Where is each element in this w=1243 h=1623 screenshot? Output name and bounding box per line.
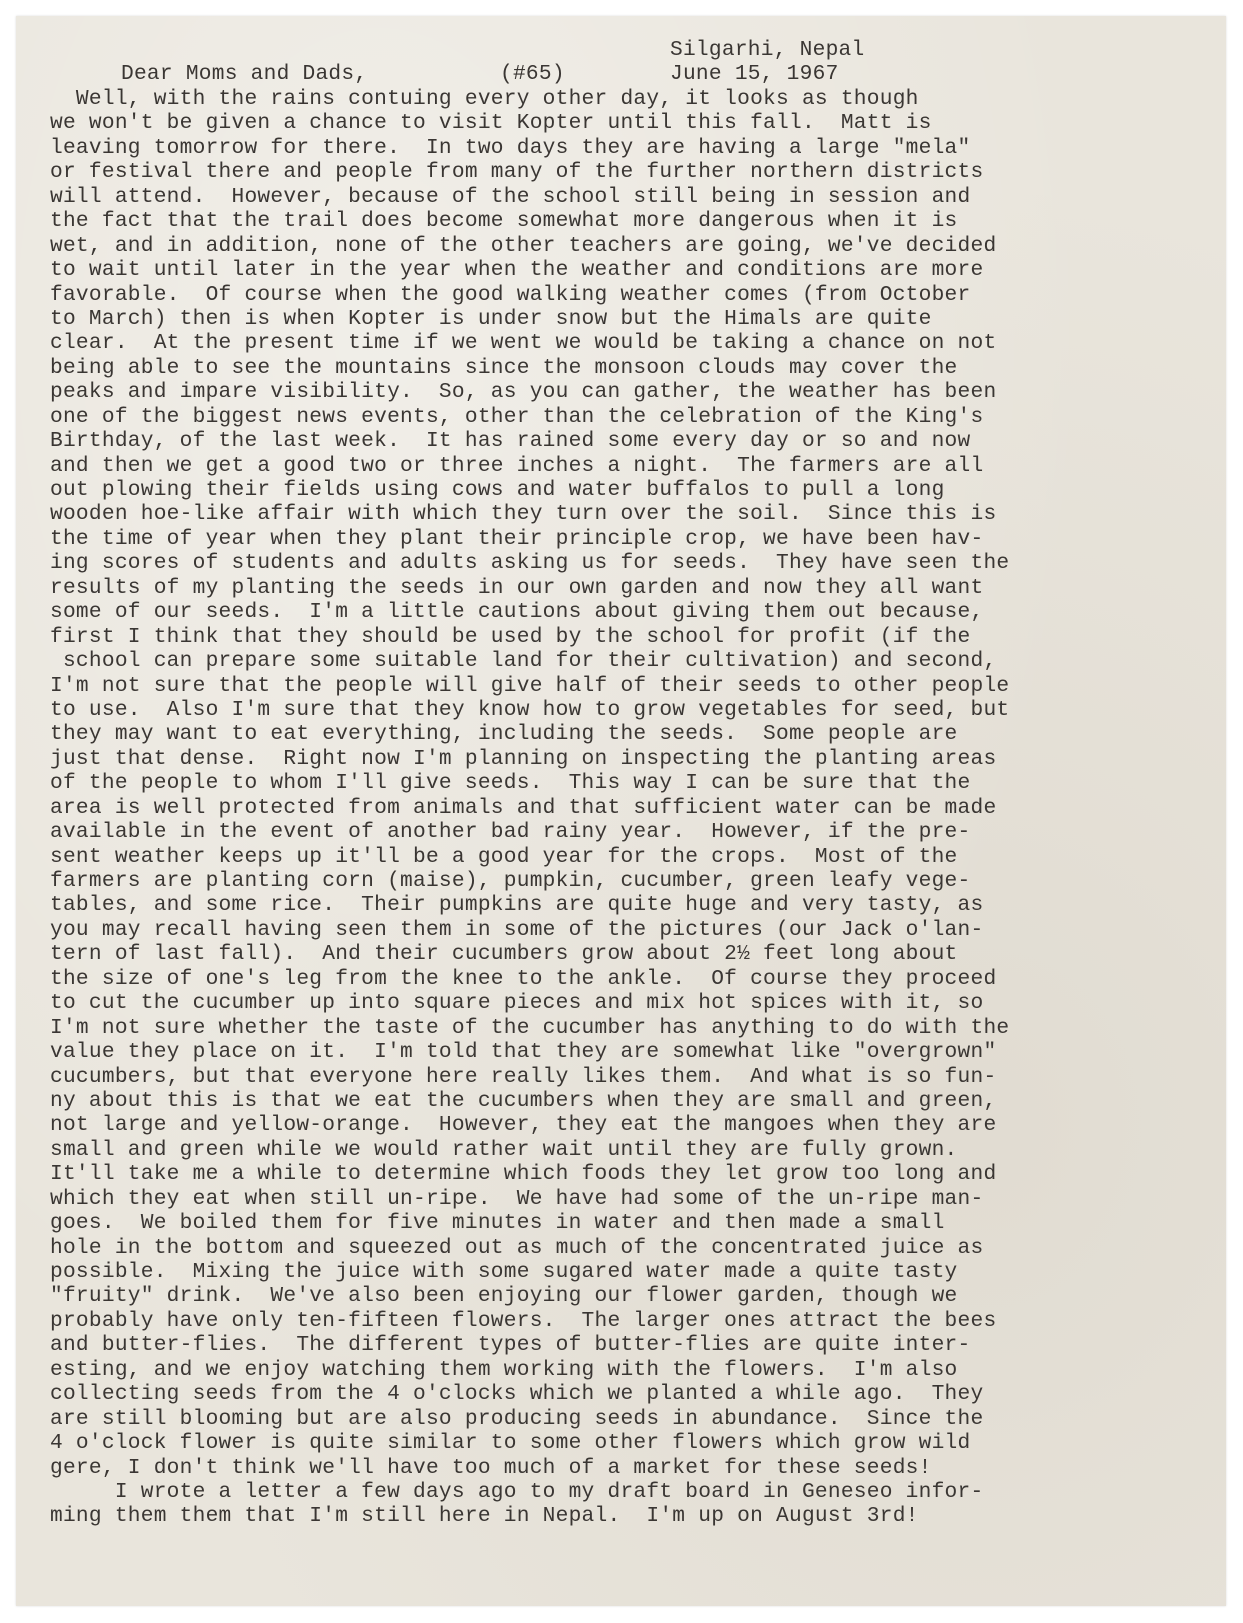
letter-line: cucumbers, but that everyone here really… <box>50 1065 1009 1089</box>
letter-line: to use. Also I'm sure that they know how… <box>50 698 1009 722</box>
letter-line: goes. We boiled them for five minutes in… <box>50 1211 1009 1235</box>
letter-line: esting, and we enjoy watching them worki… <box>50 1358 1009 1382</box>
letter-line: It'll take me a while to determine which… <box>50 1162 1009 1186</box>
letter-line: are still blooming but are also producin… <box>50 1407 1009 1431</box>
letter-line: being able to see the mountains since th… <box>50 356 1009 380</box>
letter-line: the time of year when they plant their p… <box>50 527 1009 551</box>
letter-line: Birthday, of the last week. It has raine… <box>50 429 1009 453</box>
letter-date: June 15, 1967 <box>670 62 839 86</box>
letter-line: clear. At the present time if we went we… <box>50 331 1009 355</box>
letter-line: wooden hoe-like affair with which they t… <box>50 502 1009 526</box>
letter-line: you may recall having seen them in some … <box>50 918 1009 942</box>
letter-line: gere, I don't think we'll have too much … <box>50 1456 1009 1480</box>
letter-line: tern of last fall). And their cucumbers … <box>50 942 1009 966</box>
letter-line: I'm not sure whether the taste of the cu… <box>50 1016 1009 1040</box>
letter-line: Well, with the rains contuing every othe… <box>50 87 1009 111</box>
letter-line: possible. Mixing the juice with some sug… <box>50 1260 1009 1284</box>
letter-line: which they eat when still un-ripe. We ha… <box>50 1187 1009 1211</box>
letter-line: I wrote a letter a few days ago to my dr… <box>50 1480 1009 1504</box>
letter-line: wet, and in addition, none of the other … <box>50 234 1009 258</box>
letter-line: to cut the cucumber up into square piece… <box>50 991 1009 1015</box>
letter-line: favorable. Of course when the good walki… <box>50 283 1009 307</box>
letter-line: probably have only ten-fifteen flowers. … <box>50 1309 1009 1333</box>
letter-number: (#65) <box>500 62 565 86</box>
letter-line: the fact that the trail does become some… <box>50 209 1009 233</box>
letter-line: 4 o'clock flower is quite similar to som… <box>50 1431 1009 1455</box>
letter-line: first I think that they should be used b… <box>50 625 1009 649</box>
letter-line: not large and yellow-orange. However, th… <box>50 1113 1009 1137</box>
letter-line: to March) then is when Kopter is under s… <box>50 307 1009 331</box>
letter-line: small and green while we would rather wa… <box>50 1138 1009 1162</box>
letter-line: or festival there and people from many o… <box>50 160 1009 184</box>
letter-line: they may want to eat everything, includi… <box>50 722 1009 746</box>
letter-line: "fruity" drink. We've also been enjoying… <box>50 1284 1009 1308</box>
letter-line: sent weather keeps up it'll be a good ye… <box>50 845 1009 869</box>
letter-line: leaving tomorrow for there. In two days … <box>50 136 1009 160</box>
letter-line: results of my planting the seeds in our … <box>50 576 1009 600</box>
letter-line: of the people to whom I'll give seeds. T… <box>50 771 1009 795</box>
letter-line: farmers are planting corn (maise), pumpk… <box>50 869 1009 893</box>
letter-line: we won't be given a chance to visit Kopt… <box>50 111 1009 135</box>
letter-line: to wait until later in the year when the… <box>50 258 1009 282</box>
letter-line: value they place on it. I'm told that th… <box>50 1040 1009 1064</box>
letter-line: I'm not sure that the people will give h… <box>50 674 1009 698</box>
letter-line: hole in the bottom and squeezed out as m… <box>50 1236 1009 1260</box>
letter-salutation: Dear Moms and Dads, <box>121 62 367 86</box>
letter-line: school can prepare some suitable land fo… <box>50 649 1009 673</box>
letter-line: and butter-flies. The different types of… <box>50 1333 1009 1357</box>
letter-line: out plowing their fields using cows and … <box>50 478 1009 502</box>
letter-line: ny about this is that we eat the cucumbe… <box>50 1089 1009 1113</box>
letter-line: area is well protected from animals and … <box>50 796 1009 820</box>
letter-page: Silgarhi, Nepal June 15, 1967 Dear Moms … <box>16 16 1226 1606</box>
letter-location: Silgarhi, Nepal <box>670 38 864 62</box>
letter-line: the size of one's leg from the knee to t… <box>50 967 1009 991</box>
letter-line: ming them them that I'm still here in Ne… <box>50 1504 1009 1528</box>
letter-line: collecting seeds from the 4 o'clocks whi… <box>50 1382 1009 1406</box>
letter-line: ing scores of students and adults asking… <box>50 551 1009 575</box>
letter-line: will attend. However, because of the sch… <box>50 185 1009 209</box>
letter-line: available in the event of another bad ra… <box>50 820 1009 844</box>
letter-line: and then we get a good two or three inch… <box>50 454 1009 478</box>
letter-line: peaks and impare visibility. So, as you … <box>50 380 1009 404</box>
letter-line: just that dense. Right now I'm planning … <box>50 747 1009 771</box>
letter-line: tables, and some rice. Their pumpkins ar… <box>50 893 1009 917</box>
letter-line: one of the biggest news events, other th… <box>50 405 1009 429</box>
letter-body: Well, with the rains contuing every othe… <box>50 87 1009 1529</box>
letter-line: some of our seeds. I'm a little cautions… <box>50 600 1009 624</box>
